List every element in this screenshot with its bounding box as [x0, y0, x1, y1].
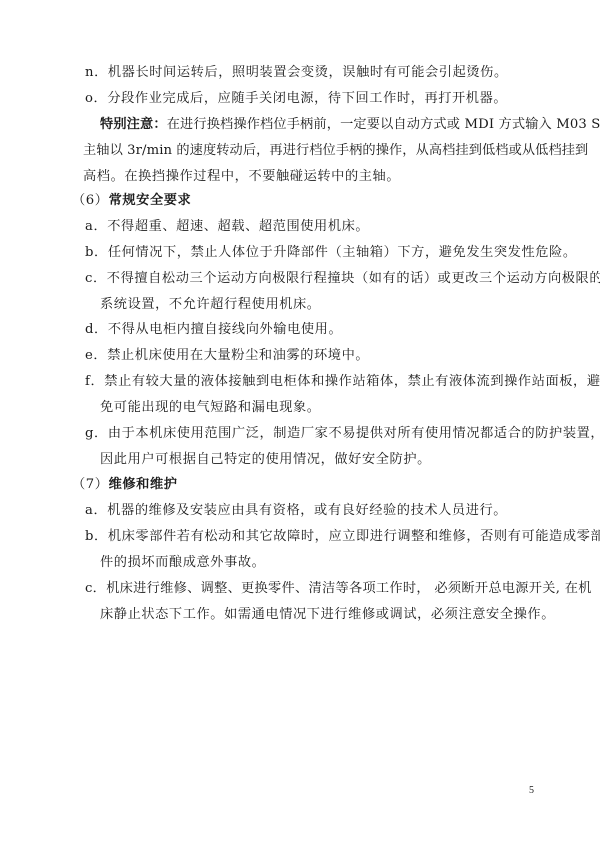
section-6-item-f-cont: 免可能出现的电气短路和漏电现象。: [100, 399, 321, 417]
document-page: n．机器长时间运转后，照明装置会变烫，误触时有可能会引起烫伤。 o．分段作业完成…: [0, 0, 600, 848]
item-text: 机器的维修及安装应由具有资格，或有良好经验的技术人员进行。: [107, 503, 507, 518]
section-6-item-c: c．不得擅自松动三个运动方向极限行程撞块（如有的话）或更改三个运动方向极限的: [85, 270, 600, 288]
item-text: 不得超重、超速、超载、超范围使用机床。: [107, 219, 369, 234]
special-note-text: 在进行换档操作档位手柄前，一定要以自动方式或 MDI 方式输入 M03 S3，: [167, 117, 600, 132]
item-text: 不得从电柜内擅自接线向外输电使用。: [108, 322, 342, 337]
item-text: 不得擅自松动三个运动方向极限行程撞块（如有的话）或更改三个运动方向极限的: [107, 271, 600, 286]
item-marker: d．: [85, 322, 108, 337]
item-text: 由于本机床使用范围广泛，制造厂家不易提供对所有使用情况都适合的防护装置，: [108, 426, 600, 441]
section-title: 维修和维护: [109, 477, 178, 492]
section-6-item-g-cont: 因此用户可根据自己特定的使用情况，做好安全防护。: [100, 451, 431, 469]
special-note-line-2: 主轴以 3r/min 的速度转动后，再进行档位手柄的操作，从高档挂到低档或从低档…: [83, 142, 588, 160]
item-marker: c．: [85, 271, 107, 286]
special-note-label: 特别注意：: [100, 117, 167, 132]
item-marker: b．: [85, 529, 108, 544]
section-7-item-c-cont: 床静止状态下工作。如需通电情况下进行维修或调试，必须注意安全操作。: [100, 606, 555, 624]
section-6-item-a: a．不得超重、超速、超载、超范围使用机床。: [85, 218, 369, 236]
item-text: 机器长时间运转后，照明装置会变烫，误触时有可能会引起烫伤。: [108, 65, 508, 80]
item-text: 禁止有较大量的液体接触到电柜体和操作站箱体，禁止有液体流到操作站面板，避: [104, 374, 600, 389]
section-6-item-f: f．禁止有较大量的液体接触到电柜体和操作站箱体，禁止有液体流到操作站面板，避: [85, 373, 600, 391]
item-marker: a．: [85, 503, 107, 518]
item-marker: e．: [85, 348, 107, 363]
item-marker: f．: [85, 374, 104, 389]
section-6-item-g: g．由于本机床使用范围广泛，制造厂家不易提供对所有使用情况都适合的防护装置，: [85, 425, 600, 443]
page-number: 5: [529, 785, 534, 796]
section-6-item-e: e．禁止机床使用在大量粉尘和油雾的环境中。: [85, 347, 369, 365]
section-6-heading: （6）常规安全要求: [72, 192, 191, 210]
section-7-item-c: c．机床进行维修、调整、更换零件、清洁等各项工作时， 必须断开总电源开关, 在机: [85, 580, 592, 598]
list-item-n: n．机器长时间运转后，照明装置会变烫，误触时有可能会引起烫伤。: [85, 64, 508, 82]
item-marker: a．: [85, 219, 107, 234]
special-note-line-1: 特别注意：在进行换档操作档位手柄前，一定要以自动方式或 MDI 方式输入 M03…: [100, 116, 600, 134]
section-number: （7）: [72, 477, 109, 492]
section-7-item-a: a．机器的维修及安装应由具有资格，或有良好经验的技术人员进行。: [85, 502, 507, 520]
section-title: 常规安全要求: [109, 193, 192, 208]
item-marker: o．: [85, 91, 107, 106]
section-6-item-c-cont: 系统设置，不允许超行程使用机床。: [100, 296, 321, 314]
item-text: 禁止机床使用在大量粉尘和油雾的环境中。: [107, 348, 369, 363]
section-number: （6）: [72, 193, 109, 208]
item-marker: n．: [85, 65, 108, 80]
item-text: 任何情况下，禁止人体位于升降部件（主轴箱）下方，避免发生突发性危险。: [108, 245, 577, 260]
section-7-heading: （7）维修和维护: [72, 476, 178, 494]
section-6-item-d: d．不得从电柜内擅自接线向外输电使用。: [85, 321, 342, 339]
item-marker: c．: [85, 581, 106, 596]
item-text: 机床进行维修、调整、更换零件、清洁等各项工作时， 必须断开总电源开关, 在机: [106, 581, 592, 596]
item-marker: b．: [85, 245, 108, 260]
item-text: 机床零部件若有松动和其它故障时，应立即进行调整和维修，否则有可能造成零部: [108, 529, 600, 544]
list-item-o: o．分段作业完成后，应随手关闭电源，待下回工作时，再打开机器。: [85, 90, 507, 108]
special-note-line-3: 高档。在换挡操作过程中，不要触碰运转中的主轴。: [83, 168, 400, 186]
item-text: 分段作业完成后，应随手关闭电源，待下回工作时，再打开机器。: [107, 91, 507, 106]
item-marker: g．: [85, 426, 108, 441]
section-7-item-b: b．机床零部件若有松动和其它故障时，应立即进行调整和维修，否则有可能造成零部: [85, 528, 600, 546]
section-7-item-b-cont: 件的损坏而酿成意外事故。: [100, 554, 265, 572]
section-6-item-b: b．任何情况下，禁止人体位于升降部件（主轴箱）下方，避免发生突发性危险。: [85, 244, 577, 262]
